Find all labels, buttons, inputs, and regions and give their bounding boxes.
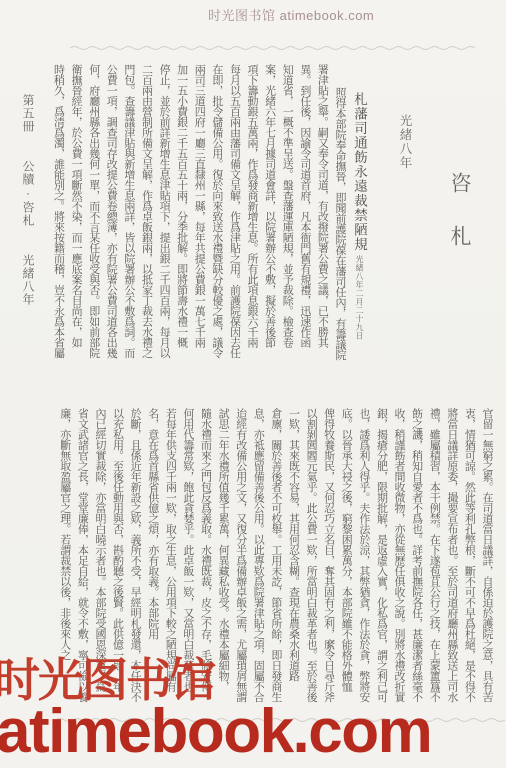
text-column: 衛撫晉經年，於公費一項斷然不染，而一應底案名目尚在，如 (67, 64, 85, 376)
text-column: 異。到任後，因諭令司道首府，凡本衙門舊有規禮，迅速作函 (295, 64, 313, 376)
text-column: 照得本部院奉命撫晉，即聞前護院葆在藩司任內，有籌議院 (330, 64, 348, 376)
text-column: 底。以晉承大祲之後，窮黎困累萬分，本部院雖不能格外體恤 (337, 408, 355, 708)
section-title: 咨札 (444, 172, 474, 278)
text-column: 每月以五百兩由藩司備文呈解，作爲津貼之用。前護院葆因去任 (225, 64, 243, 376)
text-column: 禮，雖屬積習，本干例禁。在下遂苞苴公行之技，在上蒙簠簋不 (425, 408, 443, 708)
text-column: 兩司三道四府一廳三直隸州一縣，每年共提公費銀一萬七千兩 (190, 64, 208, 376)
text-column: 將當日議詳原委，撮要宣布者也。至於司道府廳州縣致送上司水 (442, 408, 460, 708)
text-column: 以割剝閭閻元氣乎。此公費一欵，所當明白裁革者也。至於善後 (301, 408, 319, 708)
text-column: 知道省，一概不準呈送。盤查藩運庫陋規，並予裁除。檢查卷 (278, 64, 296, 376)
document-title: 札藩司通飭永遠裁禁陋規 (352, 92, 367, 252)
text-column: 收，稍謹飭者間收微物，亦從無歷任俱收之說。別將水禮改折實 (389, 408, 407, 708)
document-date: 光緒八年二月二十九日 (355, 255, 364, 340)
bottom-watermark-domain: atimebook.com (0, 696, 431, 767)
text-column: 銀，揭瘡分肥，限期批解，是返虛入實，化私爲官，謂之利己可 (372, 408, 390, 708)
page-margin-label: 第五冊公牘·咨札光緒八年 (20, 94, 37, 344)
text-column: 衷，情猶可諒。然此等利孔弊根，斷不可不早爲杜絕，是不得不 (460, 408, 478, 708)
text-column: 也，諉爲利人得乎。夫作法於涼，其弊猶貪，作法於貪，弊將安 (354, 408, 372, 708)
text-column: 在即，批令儲備公用。復於向來致送水禮暨缺分較優之處，議令 (207, 64, 225, 376)
text-column: 停止，並於前詳新增生息津貼項下，提出銀二千四百兩，每月以 (154, 64, 172, 376)
text-column: 官留一無窮之累。在司道當日議詳，自係迫於護院之意，具有苦 (477, 408, 495, 708)
era-label: 光緒八年 (21, 254, 35, 306)
text-column: 何，府廳州縣各出幾何一單，而不言某任收受與否。即如前部院 (84, 64, 102, 376)
text-column: 迨經有改備公用之文，又復分半爲備辦卓飯之需，尤屬瑣屑無謂 (231, 408, 249, 708)
scanned-book-page: 时光图书馆 atimebook.com 咨札 光緒八年 札藩司通飭永遠裁禁陋規光… (0, 0, 506, 768)
text-column: 公費一項，調查司存改提公費卷總簿，亦有院署公費司道各出幾 (102, 64, 120, 376)
volume-label: 第五冊 (21, 94, 35, 133)
text-column: 息，亦祗應留備善後公用。以此專欵爲院署津貼之項，固屬不合 (249, 408, 267, 708)
text-column: 飭之譏，稍知自愛者不爲也。詳考前撫院各任，甚廉潔者絲毫不 (407, 408, 425, 708)
section-era-label: 光緒八年 (396, 114, 414, 170)
text-column: 時稍久，爲清爲濁，誰能別之。將來按籍而稽，豈不永爲本省屬 (49, 64, 67, 376)
text-column: 俾得牧養斯民，又何忍巧立名目，奪其固有之利，縻令日尋斤斧 (319, 408, 337, 708)
text-column: 倉廪，關於善後者不可枚舉。工用未訖，節省所餘，即日發商生 (266, 408, 284, 708)
text-column: 門包。查籌議津貼與新增生息兩詳，皆以院署辦公不敷爲詞。而 (119, 64, 137, 376)
text-column: 試思二年水禮所值幾千累萬，何異藏私收受。水禮本屬細物， (214, 408, 232, 708)
text-column: 二百兩由營制所備文呈解，作爲卓飯銀兩，以抵家丁裁去水禮之 (137, 64, 155, 376)
document-title-column: 札藩司通飭永遠裁禁陋規光緒八年二月二十九日 (349, 92, 369, 382)
text-column: 一欵，其來既不容易，其用何忍含糊。查現在農桑水利道路 (284, 408, 302, 708)
top-wave-divider (70, 44, 482, 52)
upper-page-text-block: 照得本部院奉命撫晉，即聞前護院葆在藩司任內，有籌議院署津貼之舉。嗣又奉令司道，有… (48, 64, 348, 376)
text-column: 項下籌動銀五萬兩，作爲發商新增生息。所有此項息銀六千兩 (242, 64, 260, 376)
top-watermark-text: 时光图书馆 atimebook.com (208, 5, 374, 24)
text-column: 署津貼之舉。嗣又奉令司道，有改撥院署公費之議，已不勝其 (313, 64, 331, 376)
text-column: 案，光緒六年七月據司道會詳，以院署辦公不敷，擬於善後節 (260, 64, 278, 376)
text-column: 加一五小費銀二千五百五十兩，分季批解。即將節壽水禮一概 (172, 64, 190, 376)
section-label: 公牘·咨札 (21, 160, 35, 227)
